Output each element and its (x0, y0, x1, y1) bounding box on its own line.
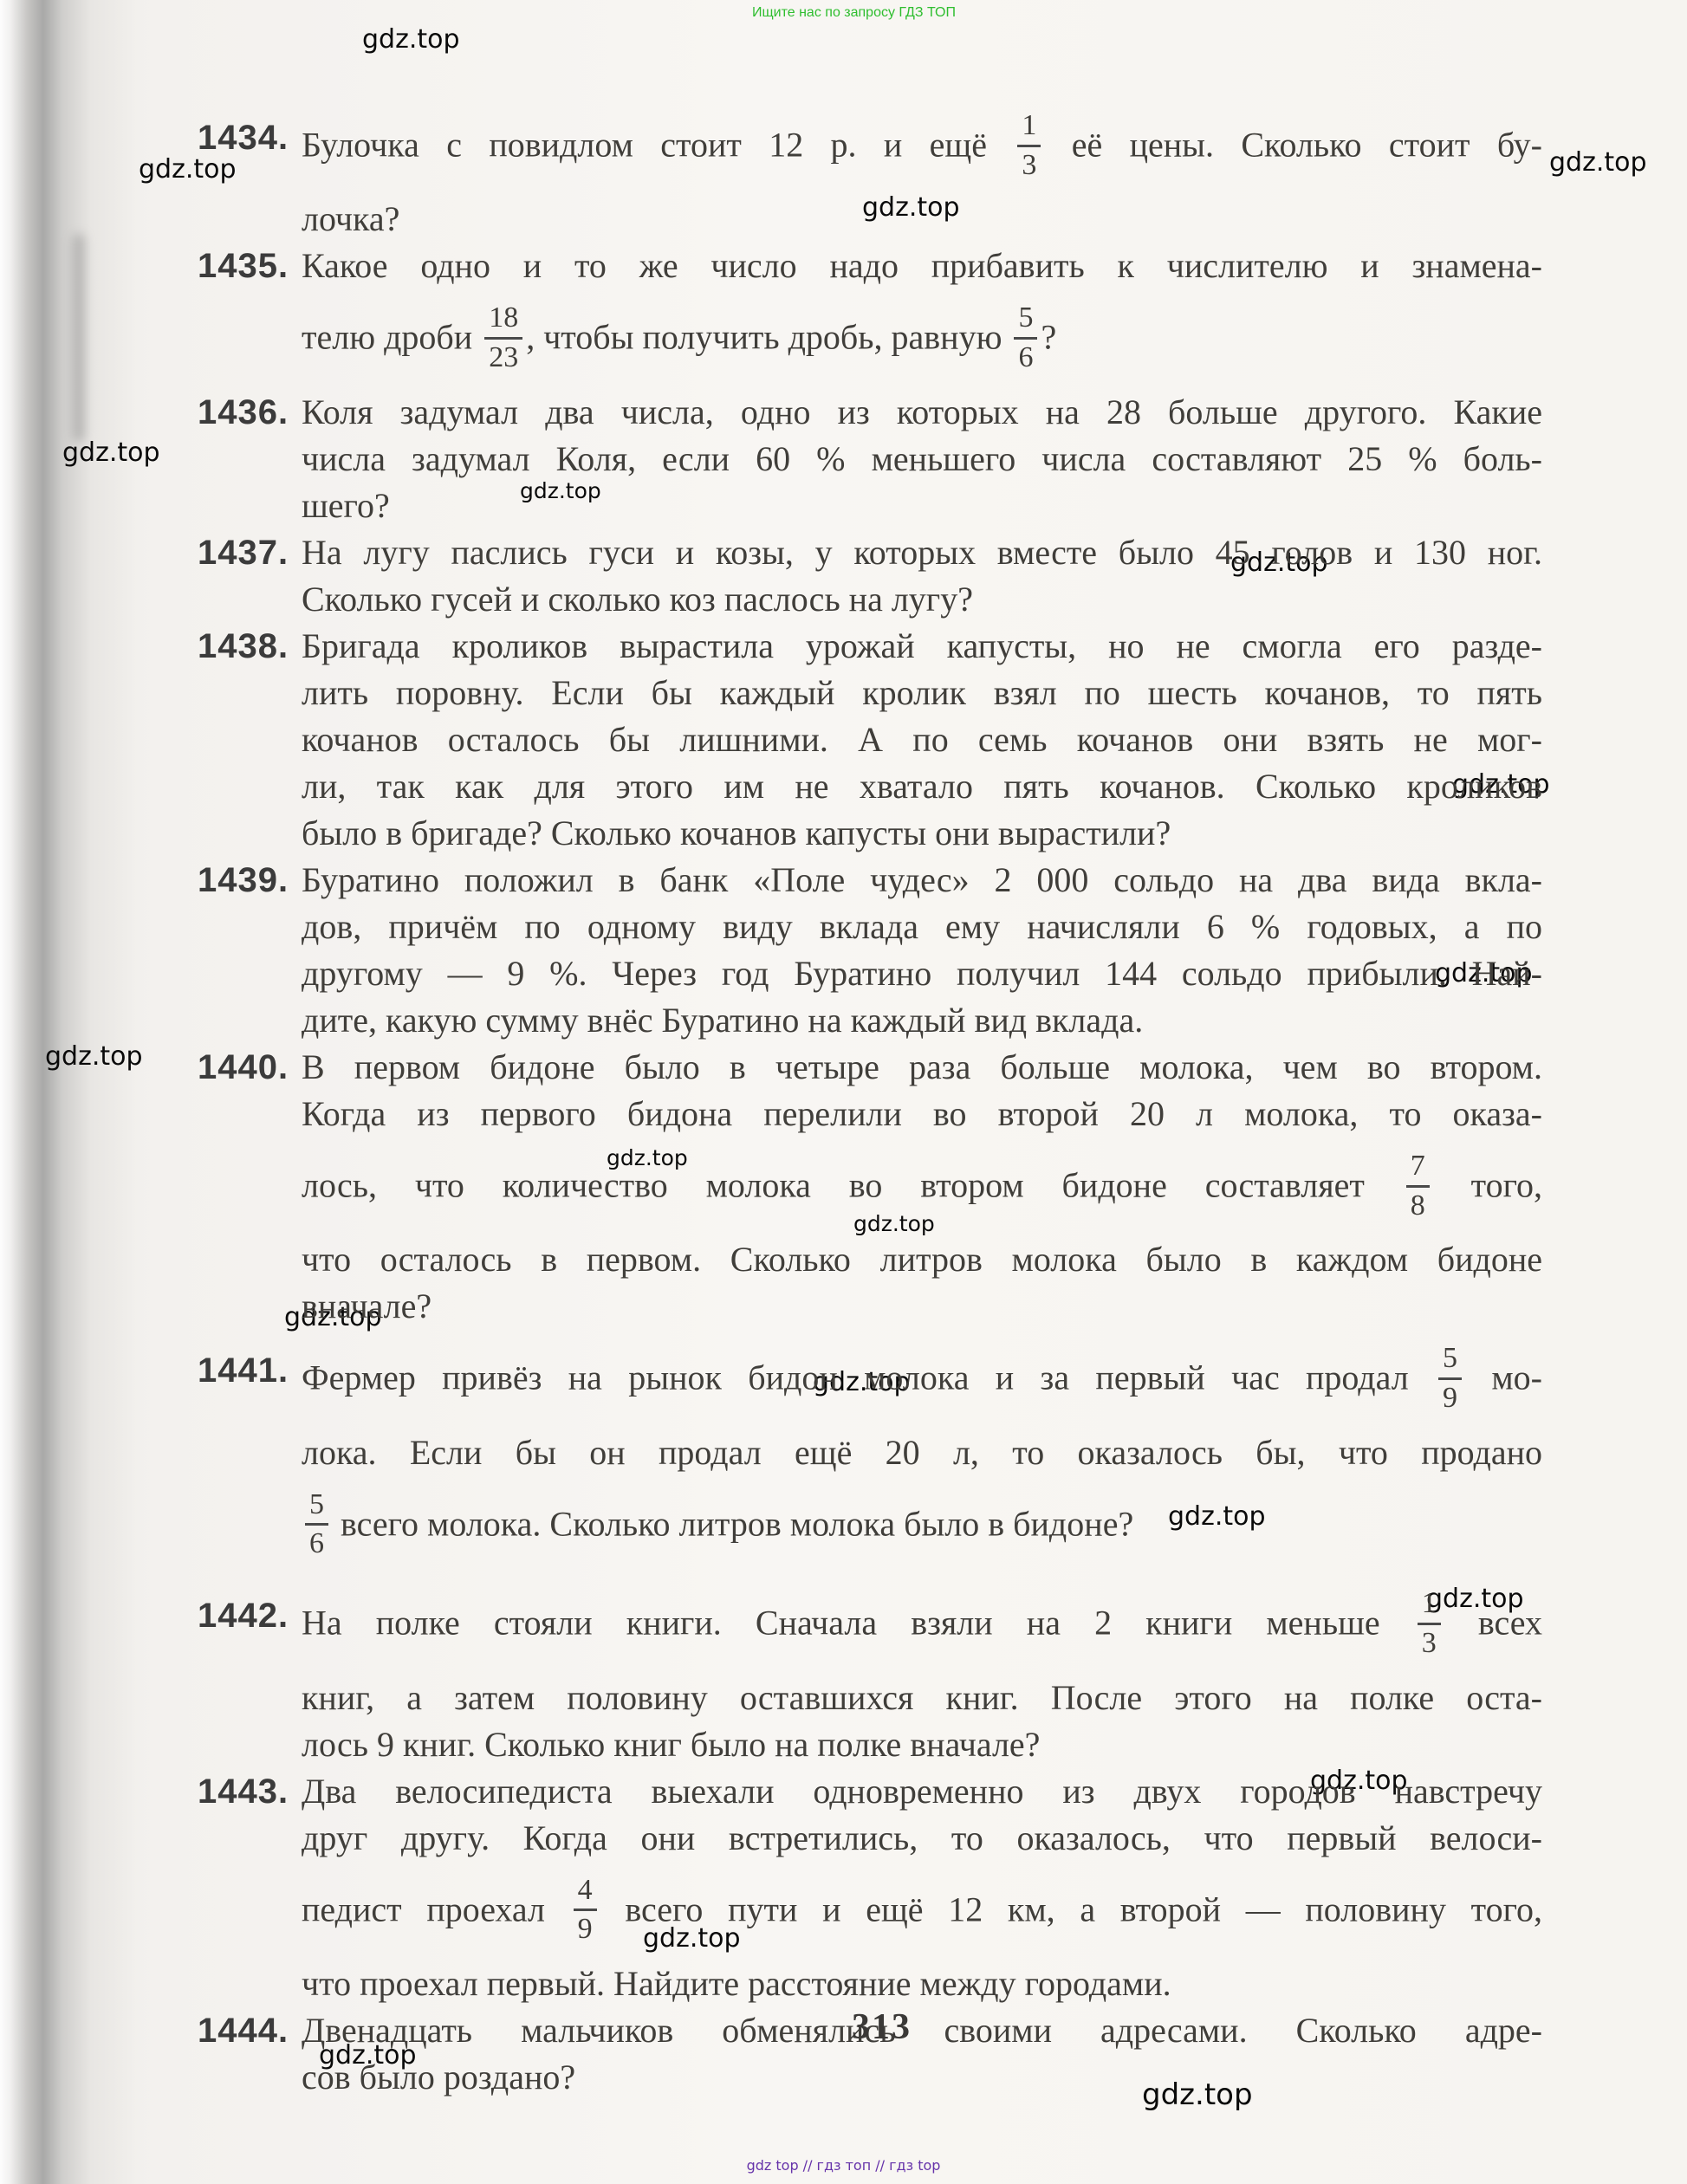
book-page: Ищите нас по запросу ГДЗ ТОП gdz.topgdz.… (0, 0, 1687, 2184)
problem-item: 1443.Два велосипедиста выехали одновреме… (198, 1768, 1542, 2007)
problem-text-line: книг, а затем половину оставшихся книг. … (302, 1675, 1542, 1721)
problem-text-line: Буратино положил в банк «Поле чудес» 2 0… (302, 857, 1542, 904)
problem-item: 1434.Булочка с повидлом стоит 12 р. и ещ… (198, 97, 1542, 243)
header-note: Ищите нас по запросу ГДЗ ТОП (752, 5, 956, 21)
fraction-numerator: 5 (1014, 302, 1037, 340)
problem-text-line: Когда из первого бидона перелили во втор… (302, 1091, 1542, 1137)
problem-list: 1434.Булочка с повидлом стоит 12 р. и ещ… (198, 97, 1542, 2101)
fraction-denominator: 3 (1022, 147, 1036, 182)
footer-note: gdz top // гдз топ // гдз top (0, 2157, 1687, 2174)
fraction-numerator: 5 (1438, 1343, 1462, 1380)
gdz-watermark: gdz.top (62, 437, 160, 468)
problem-item: 1436.Коля задумал два числа, одно из кот… (198, 389, 1542, 529)
problem-text-line: Коля задумал два числа, одно из которых … (302, 389, 1542, 436)
fraction-denominator: 23 (489, 340, 518, 374)
fraction-numerator: 7 (1406, 1150, 1430, 1188)
problem-item: 1435.Какое одно и то же число надо приба… (198, 243, 1542, 388)
fraction-denominator: 6 (309, 1526, 324, 1560)
fraction-denominator: 3 (1422, 1625, 1437, 1660)
problem-text-line: кочанов осталось бы лишними. А по семь к… (302, 716, 1542, 763)
problem-number: 1439. (198, 857, 289, 904)
fraction-denominator: 6 (1018, 340, 1033, 374)
problem-number: 1444. (198, 2007, 289, 2054)
problem-text-line: Какое одно и то же число надо прибавить … (302, 243, 1542, 289)
fraction-numerator: 18 (484, 302, 522, 340)
problem-text-line: что осталось в первом. Сколько литров мо… (302, 1236, 1542, 1283)
gdz-watermark: gdz.top (45, 1041, 143, 1072)
problem-text-line: другому — 9 %. Через год Буратино получи… (302, 950, 1542, 997)
problem-item: 1440.В первом бидоне было в четыре раза … (198, 1044, 1542, 1330)
page-number: 313 (852, 2006, 912, 2048)
problem-text-line: Двенадцать мальчиков обменялись своими а… (302, 2007, 1542, 2054)
book-spine-shadow (0, 0, 139, 2184)
problem-text-line: лить поровну. Если бы каждый кролик взял… (302, 670, 1542, 716)
problem-text-line: ли, так как для этого им не хватало пять… (302, 763, 1542, 810)
problem-item: 1442.На полке стояли книги. Сначала взял… (198, 1575, 1542, 1767)
problem-number: 1434. (198, 114, 289, 161)
problem-text-line: лока. Если бы он продал ещё 20 л, то ока… (302, 1429, 1542, 1476)
fraction-numerator: 4 (574, 1875, 597, 1912)
gdz-watermark: gdz.top (1549, 147, 1647, 178)
problem-text-line: шего? (302, 483, 1542, 529)
problem-text-line: дов, причём по одному виду вклада ему на… (302, 904, 1542, 950)
problem-text-line: Сколько гусей и сколько коз паслось на л… (302, 576, 1542, 623)
book-spine-streak (73, 234, 85, 442)
fraction: 49 (574, 1875, 597, 1946)
fraction: 59 (1438, 1343, 1462, 1414)
problem-text-line: На лугу паслись гуси и козы, у которых в… (302, 529, 1542, 576)
gdz-watermark: gdz.top (362, 24, 460, 55)
problem-text-line: Бригада кроликов вырастила урожай капуст… (302, 623, 1542, 670)
problem-text-line: что проехал первый. Найдите расстояние м… (302, 1960, 1542, 2007)
problem-item: 1438.Бригада кроликов вырастила урожай к… (198, 623, 1542, 857)
problem-text-line: Фермер привёз на рынок бидон молока и за… (302, 1330, 1542, 1429)
fraction: 78 (1406, 1150, 1430, 1222)
fraction-denominator: 9 (1443, 1380, 1457, 1415)
problem-text-line: сов было роздано? (302, 2054, 1542, 2101)
problem-text-line: В первом бидоне было в четыре раза больш… (302, 1044, 1542, 1091)
fraction-denominator: 8 (1411, 1188, 1425, 1222)
fraction: 13 (1017, 110, 1041, 181)
problem-text-line: Два велосипедиста выехали одновременно и… (302, 1768, 1542, 1815)
problem-number: 1443. (198, 1768, 289, 1815)
problem-number: 1435. (198, 243, 289, 289)
problem-text-line: На полке стояли книги. Сначала взяли на … (302, 1575, 1542, 1674)
fraction-numerator: 1 (1017, 110, 1041, 147)
problem-number: 1437. (198, 529, 289, 576)
problem-number: 1438. (198, 623, 289, 670)
fraction-numerator: 5 (305, 1489, 328, 1526)
problem-number: 1440. (198, 1044, 289, 1091)
problem-text-line: дите, какую сумму внёс Буратино на кажды… (302, 997, 1542, 1044)
problem-number: 1441. (198, 1347, 289, 1394)
problem-text-line: педист проехал 49 всего пути и ещё 12 км… (302, 1862, 1542, 1960)
fraction-denominator: 9 (578, 1911, 593, 1946)
problem-text-line: 56 всего молока. Сколько литров молока б… (302, 1476, 1542, 1575)
problem-item: 1439.Буратино положил в банк «Поле чудес… (198, 857, 1542, 1044)
fraction-numerator: 1 (1418, 1588, 1441, 1625)
problem-text-line: лочка? (302, 196, 1542, 243)
problem-item: 1441.Фермер привёз на рынок бидон молока… (198, 1330, 1542, 1575)
fraction: 1823 (484, 302, 522, 373)
problem-number: 1436. (198, 389, 289, 436)
problem-item: 1437.На лугу паслись гуси и козы, у кото… (198, 529, 1542, 623)
fraction: 56 (305, 1489, 328, 1560)
problem-text-line: было в бригаде? Сколько кочанов капусты … (302, 810, 1542, 857)
problem-text-line: лось, что количество молока во втором би… (302, 1137, 1542, 1236)
fraction: 56 (1014, 302, 1037, 373)
problem-text-line: числа задумал Коля, если 60 % меньшего ч… (302, 436, 1542, 483)
problem-number: 1442. (198, 1592, 289, 1639)
problem-text-line: лось 9 книг. Сколько книг было на полке … (302, 1721, 1542, 1768)
problem-text-line: Булочка с повидлом стоит 12 р. и ещё 13 … (302, 97, 1542, 196)
problem-text-line: телю дроби 1823, чтобы получить дробь, р… (302, 289, 1542, 388)
problem-text-line: друг другу. Когда они встретились, то ок… (302, 1815, 1542, 1862)
problem-text-line: вначале? (302, 1283, 1542, 1330)
fraction: 13 (1418, 1588, 1441, 1659)
